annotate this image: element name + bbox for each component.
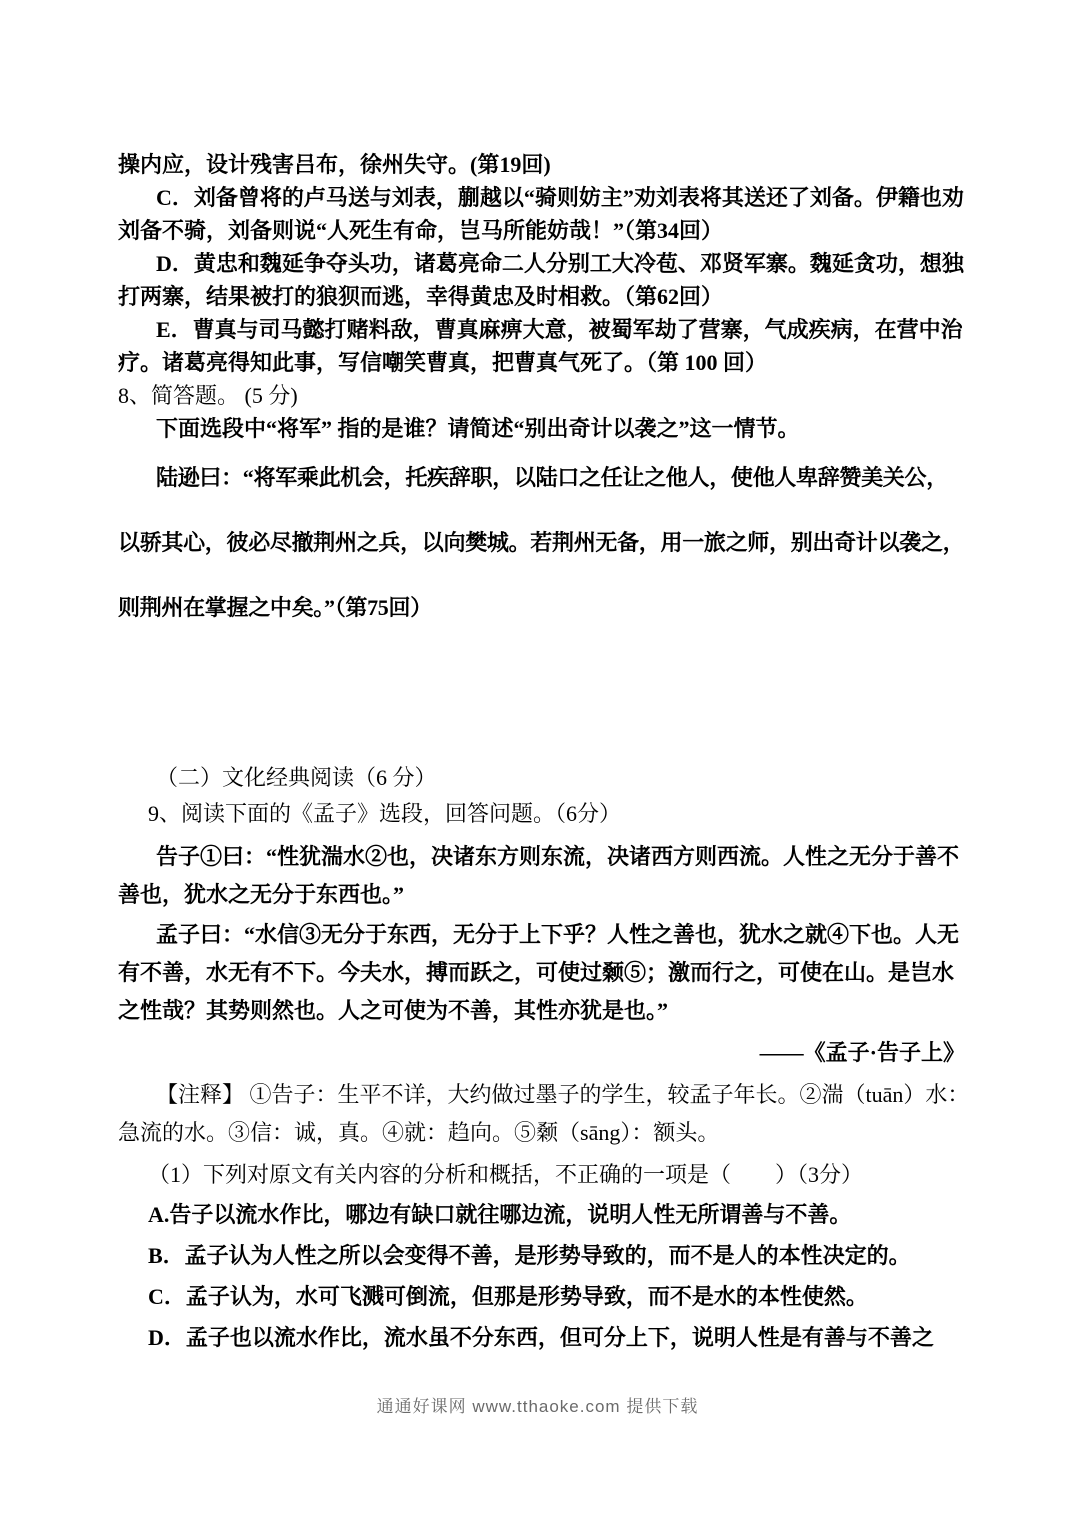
- question-8-prompt: 下面选段中“将军” 指的是谁？请简述“别出奇计以袭之”这一情节。: [118, 412, 965, 445]
- mengzi-line-3: 之性哉？其势则然也。人之可使为不善，其性亦犹是也。”: [118, 992, 965, 1030]
- notes-line-2: 急流的水。③信：诚，真。④就：趋向。⑤颡（sāng）：额头。: [118, 1114, 965, 1152]
- sub-question-1-options: A.告子以流水作比，哪边有缺口就往哪边流，说明人性无所谓善与不善。 B．孟子认为…: [118, 1194, 965, 1358]
- sub-question-1-heading: （1）下列对原文有关内容的分析和概括，不正确的一项是（ ）（3分）: [118, 1156, 965, 1194]
- option-d-line-1: D．黄忠和魏延争夺头功，诸葛亮命二人分别工大冷苞、邓贤军寨。魏延贪功，想独: [118, 247, 965, 280]
- luxun-quote-block: 陆逊曰：“将军乘此机会，托疾辞职，以陆口之任让之他人，使他人卑辞赞美关公， 以骄…: [118, 445, 965, 640]
- option-a-line: A.告子以流水作比，哪边有缺口就往哪边流，说明人性无所谓善与不善。: [118, 1194, 965, 1235]
- option-c-line-1: C．刘备曾将的卢马送与刘表，蒯越以“骑则妨主”劝刘表将其送还了刘备。伊籍也劝: [118, 181, 965, 214]
- option-c-line: C．孟子认为，水可飞溅可倒流，但那是形势导致，而不是水的本性使然。: [118, 1276, 965, 1317]
- attribution-block: ——《孟子·告子上》: [118, 1034, 965, 1072]
- exam-page: 操内应，设计残害吕布，徐州失守。(第19回) C．刘备曾将的卢马送与刘表，蒯越以…: [0, 0, 1075, 1518]
- section-2-heading: （二）文化经典阅读（6 分）: [118, 760, 965, 796]
- gaozi-line-1: 告子①曰：“性犹湍水②也，决诸东方则东流，决诸西方则西流。人性之无分于善不: [118, 838, 965, 876]
- option-b-tail-line: 操内应，设计残害吕布，徐州失守。(第19回): [118, 148, 965, 181]
- quote-line-3: 则荆州在掌握之中矣。”（第75回）: [118, 575, 965, 640]
- notes-paragraph: 【注释】 ①告子：生平不详，大约做过墨子的学生，较孟子年长。②湍（tuān）水：…: [118, 1076, 965, 1152]
- question-8-heading: 8、简答题。 (5 分): [118, 379, 965, 412]
- quote-line-2: 以骄其心，彼必尽撤荆州之兵，以向樊城。若荆州无备，用一旅之师，别出奇计以袭之，: [118, 510, 965, 575]
- question-8: 8、简答题。 (5 分) 下面选段中“将军” 指的是谁？请简述“别出奇计以袭之”…: [118, 379, 965, 445]
- option-c-line-2: 刘备不骑，刘备则说“人死生有命，岂马所能妨哉！”（第34回）: [118, 214, 965, 247]
- exam-content: 操内应，设计残害吕布，徐州失守。(第19回) C．刘备曾将的卢马送与刘表，蒯越以…: [118, 148, 965, 1358]
- gaozi-line-2: 善也，犹水之无分于东西也。”: [118, 876, 965, 914]
- mengzi-line-1: 孟子曰：“水信③无分于东西，无分于上下乎？人性之善也，犹水之就④下也。人无: [118, 916, 965, 954]
- download-watermark: 通通好课网 www.tthaoke.com 提供下载: [0, 1392, 1075, 1417]
- option-e-line-2: 疗。诸葛亮得知此事，写信嘲笑曹真，把曹真气死了。（第 100 回）: [118, 346, 965, 379]
- section-2-classic-reading: （二）文化经典阅读（6 分） 9、阅读下面的《孟子》选段，回答问题。（6分） 告…: [118, 760, 965, 1358]
- option-b-line: B．孟子认为人性之所以会变得不善，是形势导致的，而不是人的本性决定的。: [118, 1235, 965, 1276]
- mengzi-line-2: 有不善，水无有不下。今夫水，搏而跃之，可使过颡⑤；激而行之，可使在山。是岂水: [118, 954, 965, 992]
- notes-line-1: 【注释】 ①告子：生平不详，大约做过墨子的学生，较孟子年长。②湍（tuān）水：: [118, 1076, 965, 1114]
- attribution-text: ——《孟子·告子上》: [118, 1034, 965, 1072]
- gaozi-paragraph: 告子①曰：“性犹湍水②也，决诸东方则东流，决诸西方则西流。人性之无分于善不 善也…: [118, 838, 965, 914]
- sub-question-1: （1）下列对原文有关内容的分析和概括，不正确的一项是（ ）（3分）: [118, 1156, 965, 1194]
- question-7-options: 操内应，设计残害吕布，徐州失守。(第19回) C．刘备曾将的卢马送与刘表，蒯越以…: [118, 148, 965, 379]
- option-d-line: D．孟子也以流水作比，流水虽不分东西，但可分上下，说明人性是有善与不善之: [118, 1317, 965, 1358]
- option-e-line-1: E．曹真与司马懿打赌料敌，曹真麻痹大意，被蜀军劫了营寨，气成疾病，在营中治: [118, 313, 965, 346]
- option-d-line-2: 打两寨，结果被打的狼狈而逃，幸得黄忠及时相救。（第62回）: [118, 280, 965, 313]
- mengzi-paragraph: 孟子曰：“水信③无分于东西，无分于上下乎？人性之善也，犹水之就④下也。人无 有不…: [118, 916, 965, 1030]
- quote-line-1: 陆逊曰：“将军乘此机会，托疾辞职，以陆口之任让之他人，使他人卑辞赞美关公，: [118, 445, 965, 510]
- question-9-heading: 9、阅读下面的《孟子》选段，回答问题。（6分）: [118, 796, 965, 832]
